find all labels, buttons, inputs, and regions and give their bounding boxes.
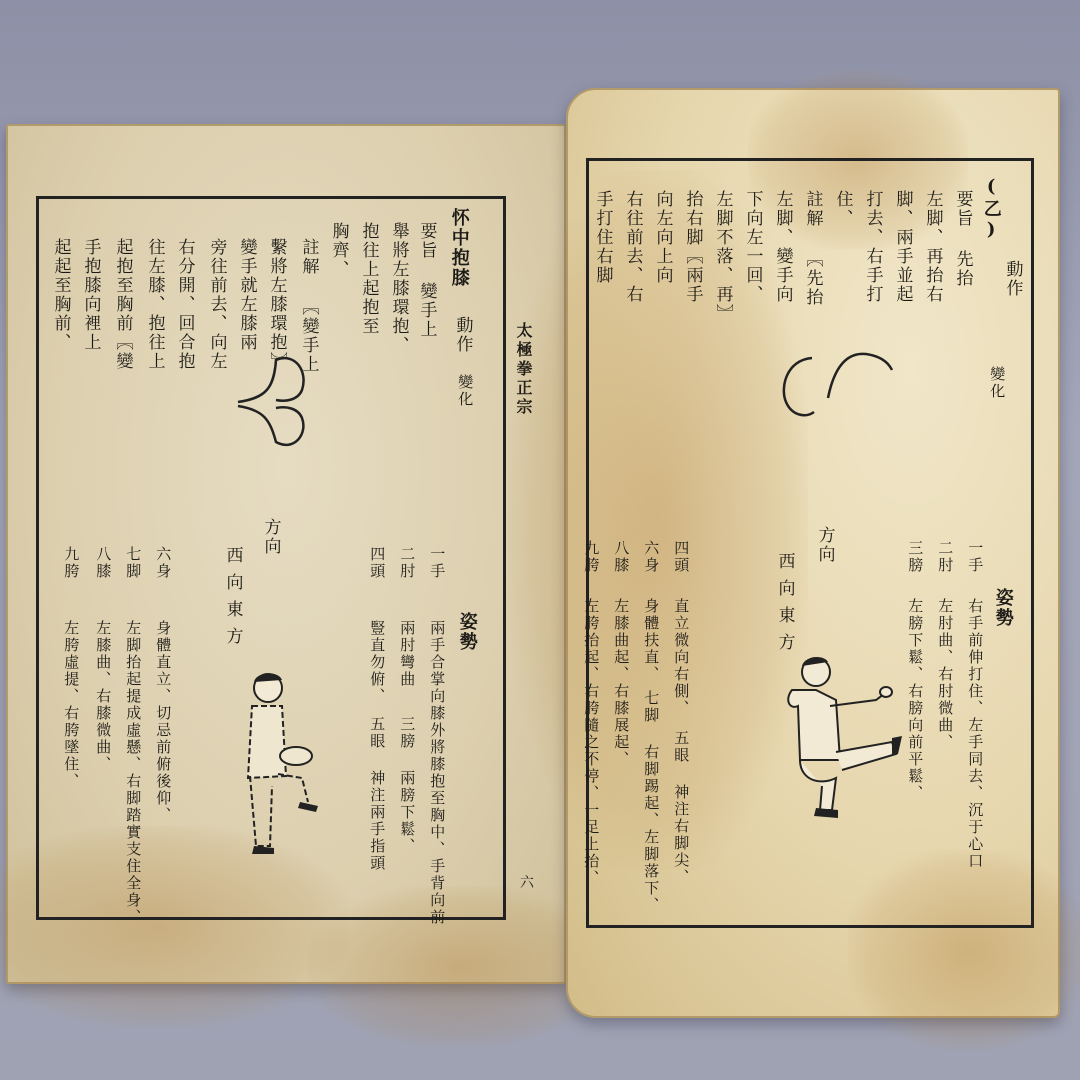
- right-note-col-5: 抬右脚〖兩手: [682, 190, 702, 304]
- right-note-col-4: 左脚不落、再〗: [712, 190, 732, 323]
- right-direction-label: 方向: [814, 526, 834, 564]
- movement-path-diagram-icon: [776, 348, 896, 428]
- right-page: (乙) 動作 要旨 先抬 左脚、再抬右 脚、兩手並起 打去、右手打 住、 註解 …: [566, 88, 1060, 1018]
- left-note-col-5: 右分開、回合抱: [174, 238, 194, 371]
- left-posture-item-4-text: 豎直勿俯、: [368, 620, 385, 705]
- left-posture-item-2-num: 二肘: [398, 546, 415, 580]
- left-posture-item-4-num: 四頭: [368, 546, 385, 580]
- left-section-label: 變化: [456, 374, 473, 408]
- left-posture-item-8-text: 左膝曲、右膝微曲、: [94, 620, 111, 773]
- right-posture-item-1-num: 一手: [966, 540, 983, 574]
- right-note-col-6: 向左向上向: [652, 190, 672, 285]
- left-posture-item-7-num: 七脚: [124, 546, 141, 580]
- right-action-col-5: 住、: [832, 190, 852, 228]
- left-action-col-1: 要旨 變手上: [416, 222, 436, 339]
- left-posture-item-6-num: 六身: [154, 546, 171, 580]
- right-posture-item-8-num: 八膝: [612, 540, 629, 574]
- left-posture-item-5: 五眼 神注兩手指頭: [368, 716, 385, 872]
- spine-book-title: 太極拳正宗: [512, 322, 535, 417]
- right-posture-item-6-num: 六身: [642, 540, 659, 574]
- left-posture-item-9-num: 九胯: [62, 546, 79, 580]
- right-action-col-3: 脚、兩手並起: [892, 190, 912, 304]
- right-posture-item-5: 五眼 神注右脚尖、: [672, 730, 689, 886]
- page-number: 六: [520, 872, 534, 892]
- right-posture-item-2-text: 左肘曲、右肘微曲、: [936, 598, 953, 751]
- left-action-title: 怀中抱膝: [448, 208, 469, 288]
- left-posture-item-2-text: 兩肘彎曲: [398, 620, 415, 688]
- right-note-col-3: 下向左一回、: [742, 190, 762, 304]
- left-posture-title: 姿勢: [456, 612, 477, 652]
- movement-path-diagram-icon: [236, 352, 316, 452]
- right-section-label: 變化: [988, 366, 1005, 400]
- figure-kicking-leg-raised-illustration: [780, 650, 910, 830]
- left-posture-item-6-text: 身體直立、切忌前俯後仰、: [154, 620, 171, 824]
- right-action-label: 動作: [1002, 260, 1022, 298]
- right-posture-item-1-text: 右手前伸打住、左手同去、沉于心口: [966, 598, 983, 870]
- right-note-col-1: 註解 〖先抬: [802, 190, 822, 307]
- left-direction-value: 西向東方: [222, 546, 242, 654]
- left-posture-item-3: 三膀 兩膀下鬆、: [398, 716, 415, 855]
- left-posture-item-1-num: 一手: [428, 546, 445, 580]
- left-note-col-6: 往左膝、抱往上: [144, 238, 164, 371]
- left-posture-item-9-text: 左胯虛提、右胯墜住、: [62, 620, 79, 790]
- left-note-col-7: 起抱至胸前〖變: [112, 238, 132, 371]
- left-direction-label: 方向: [260, 518, 280, 556]
- left-posture-item-8-num: 八膝: [94, 546, 111, 580]
- right-posture-item-9-num: 九胯: [582, 540, 599, 574]
- right-posture-title: 姿勢: [992, 588, 1013, 628]
- right-posture-item-4-text: 直立微向右側、: [672, 598, 689, 717]
- left-action-label: 動作: [452, 316, 472, 354]
- right-posture-item-7: 七脚 右脚踢起、左脚落下、: [642, 690, 659, 914]
- left-posture-item-1-text: 兩手合掌向膝外將膝抱至胸中、手背向前: [428, 620, 445, 926]
- left-action-col-3: 抱往上起抱至: [358, 222, 378, 336]
- left-page: 怀中抱膝 動作 要旨 變手上 舉將左膝環抱、 抱往上起抱至 胸齊、 註解 〖變手…: [6, 124, 566, 984]
- right-posture-item-2-num: 二肘: [936, 540, 953, 574]
- right-action-col-4: 打去、右手打: [862, 190, 882, 304]
- right-posture-item-3-num: 三膀: [906, 540, 923, 574]
- standing-figure-holding-knee-illustration: [238, 666, 328, 866]
- right-action-col-1: 要旨 先抬: [952, 190, 972, 288]
- left-action-col-2: 舉將左膝環抱、: [388, 222, 408, 355]
- right-direction-value: 西向東方: [774, 552, 794, 660]
- left-note-col-3: 變手就左膝兩: [236, 238, 256, 352]
- right-note-col-2: 左脚、變手向: [772, 190, 792, 304]
- right-action-title: (乙): [980, 176, 1001, 242]
- right-posture-item-4-num: 四頭: [672, 540, 689, 574]
- left-action-col-4: 胸齊、: [328, 222, 348, 279]
- left-note-col-4: 旁往前去、向左: [206, 238, 226, 371]
- right-note-col-7: 右往前去、右: [622, 190, 642, 304]
- right-posture-item-6-text: 身體扶直、: [642, 598, 659, 683]
- right-note-col-8: 手打住右脚: [592, 190, 612, 285]
- left-note-col-8: 手抱膝向裡上: [80, 238, 100, 352]
- right-posture-item-8-text: 左膝曲起、右膝展起、: [612, 598, 629, 768]
- right-posture-item-9-text: 左胯抬起、右胯隨之不停、一足上抬、: [582, 598, 599, 887]
- right-action-col-2: 左脚、再抬右: [922, 190, 942, 304]
- left-note-col-9: 起起至胸前、: [50, 238, 70, 352]
- left-posture-item-7-text: 左脚抬起提成虛懸、右脚踏實支住全身、: [124, 620, 141, 926]
